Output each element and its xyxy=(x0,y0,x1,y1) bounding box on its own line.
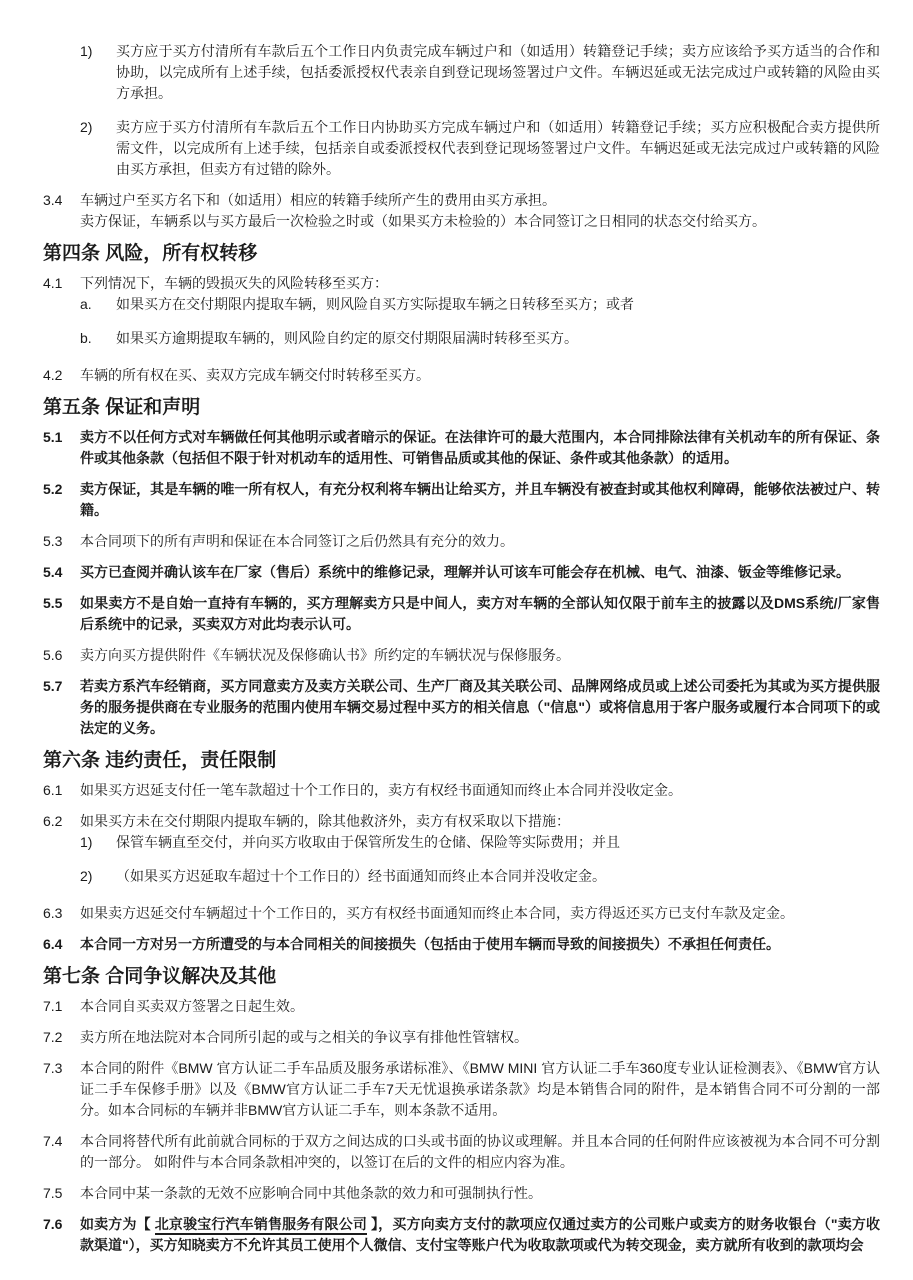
clause-5-2-text: 卖方保证，其是车辆的唯一所有权人，有充分权利将车辆出让给买方，并且车辆没有被查封… xyxy=(80,479,880,521)
clause-6-2: 6.2如果买方未在交付期限内提取车辆的，除其他救济外，卖方有权采取以下措施： xyxy=(43,811,880,832)
transfer-item-1: 1)买方应于买方付清所有车款后五个工作日内负责完成车辆过户和（如适用）转籍登记手… xyxy=(80,41,880,104)
clause-5-4: 5.4买方已查阅并确认该车在厂家（售后）系统中的维修记录，理解并认可该车可能会存… xyxy=(43,562,880,583)
clause-6-2-2: 2)（如果买方迟延取车超过十个工作日的）经书面通知而终止本合同并没收定金。 xyxy=(80,866,880,887)
clause-5-5: 5.5如果卖方不是自始一直持有车辆的，买方理解卖方只是中间人，卖方对车辆的全部认… xyxy=(43,593,880,635)
clause-7-2-marker: 7.2 xyxy=(43,1027,80,1048)
clause-6-2-marker: 6.2 xyxy=(43,811,80,832)
clause-4-1-b-marker: b. xyxy=(80,328,116,349)
clause-7-4-text: 本合同将替代所有此前就合同标的于双方之间达成的口头或书面的协议或理解。并且本合同… xyxy=(80,1131,880,1173)
clause-5-6: 5.6卖方向买方提供附件《车辆状况及保修确认书》所约定的车辆状况与保修服务。 xyxy=(43,645,880,666)
clause-4-1-a: a.如果买方在交付期限内提取车辆，则风险自买方实际提取车辆之日转移至买方；或者 xyxy=(80,294,880,315)
clause-5-1: 5.1卖方不以任何方式对车辆做任何其他明示或者暗示的保证。在法律许可的最大范围内… xyxy=(43,427,880,469)
article-4-heading: 第四条 风险，所有权转移 xyxy=(43,241,880,266)
clause-4-2-marker: 4.2 xyxy=(43,365,80,386)
seller-company-name: 北京骏宝行汽车销售服务有限公司 xyxy=(155,1216,367,1235)
clause-4-1-a-marker: a. xyxy=(80,294,116,315)
clause-3-4-cont-marker xyxy=(43,211,80,232)
clause-7-3-text: 本合同的附件《BMW 官方认证二手车品质及服务承诺标准》、《BMW MINI 官… xyxy=(80,1058,880,1121)
transfer-item-2: 2)卖方应于买方付清所有车款后五个工作日内协助买方完成车辆过户和（如适用）转籍登… xyxy=(80,117,880,180)
transfer-item-2-marker: 2) xyxy=(80,117,116,180)
clause-6-4-text: 本合同一方对另一方所遭受的与本合同相关的间接损失（包括由于使用车辆而导致的间接损… xyxy=(80,934,880,955)
clause-7-3-marker: 7.3 xyxy=(43,1058,80,1121)
clause-3-4-cont-text: 卖方保证，车辆系以与买方最后一次检验之时或（如果买方未检验的）本合同签订之日相同… xyxy=(80,211,880,232)
clause-6-4-marker: 6.4 xyxy=(43,934,80,955)
clause-7-5: 7.5本合同中某一条款的无效不应影响合同中其他条款的效力和可强制执行性。 xyxy=(43,1183,880,1204)
clause-4-1-text: 下列情况下，车辆的毁损灭失的风险转移至买方： xyxy=(80,273,880,294)
clause-7-5-text: 本合同中某一条款的无效不应影响合同中其他条款的效力和可强制执行性。 xyxy=(80,1183,880,1204)
transfer-item-1-marker: 1) xyxy=(80,41,116,104)
clause-3-4-cont: 卖方保证，车辆系以与买方最后一次检验之时或（如果买方未检验的）本合同签订之日相同… xyxy=(43,211,880,232)
clause-7-6-text: 如卖方为【 北京骏宝行汽车销售服务有限公司 】，买方向卖方支付的款项应仅通过卖方… xyxy=(80,1214,880,1256)
clause-6-3-text: 如果卖方迟延交付车辆超过十个工作日的，买方有权经书面通知而终止本合同，卖方得返还… xyxy=(80,903,880,924)
clause-5-3-text: 本合同项下的所有声明和保证在本合同签订之后仍然具有充分的效力。 xyxy=(80,531,880,552)
clause-3-4: 3.4车辆过户至买方名下和（如适用）相应的转籍手续所产生的费用由买方承担。 xyxy=(43,190,880,211)
clause-7-4-marker: 7.4 xyxy=(43,1131,80,1173)
clause-7-6-segment-0: 如卖方为【 xyxy=(80,1216,155,1232)
contract-document: 1)买方应于买方付清所有车款后五个工作日内负责完成车辆过户和（如适用）转籍登记手… xyxy=(0,0,913,1256)
clause-7-4: 7.4本合同将替代所有此前就合同标的于双方之间达成的口头或书面的协议或理解。并且… xyxy=(43,1131,880,1173)
article-6-heading: 第六条 违约责任，责任限制 xyxy=(43,748,880,773)
clause-5-3-marker: 5.3 xyxy=(43,531,80,552)
clause-4-1-marker: 4.1 xyxy=(43,273,80,294)
clause-6-3: 6.3如果卖方迟延交付车辆超过十个工作日的，买方有权经书面通知而终止本合同，卖方… xyxy=(43,903,880,924)
clause-5-2: 5.2卖方保证，其是车辆的唯一所有权人，有充分权利将车辆出让给买方，并且车辆没有… xyxy=(43,479,880,521)
clause-7-1: 7.1本合同自买卖双方签署之日起生效。 xyxy=(43,996,880,1017)
clause-4-1: 4.1下列情况下，车辆的毁损灭失的风险转移至买方： xyxy=(43,273,880,294)
transfer-item-1-text: 买方应于买方付清所有车款后五个工作日内负责完成车辆过户和（如适用）转籍登记手续；… xyxy=(116,41,880,104)
clause-5-3: 5.3本合同项下的所有声明和保证在本合同签订之后仍然具有充分的效力。 xyxy=(43,531,880,552)
clause-3-4-text: 车辆过户至买方名下和（如适用）相应的转籍手续所产生的费用由买方承担。 xyxy=(80,190,880,211)
clause-4-1-b: b.如果买方逾期提取车辆的，则风险自约定的原交付期限届满时转移至买方。 xyxy=(80,328,880,349)
clause-4-1-a-text: 如果买方在交付期限内提取车辆，则风险自买方实际提取车辆之日转移至买方；或者 xyxy=(116,294,880,315)
clause-5-6-text: 卖方向买方提供附件《车辆状况及保修确认书》所约定的车辆状况与保修服务。 xyxy=(80,645,880,666)
article-5-heading: 第五条 保证和声明 xyxy=(43,395,880,420)
clause-6-2-2-marker: 2) xyxy=(80,866,116,887)
clause-5-7-marker: 5.7 xyxy=(43,676,80,739)
clause-6-2-1-marker: 1) xyxy=(80,832,116,853)
clause-4-2: 4.2车辆的所有权在买、卖双方完成车辆交付时转移至买方。 xyxy=(43,365,880,386)
transfer-item-2-text: 卖方应于买方付清所有车款后五个工作日内协助买方完成车辆过户和（如适用）转籍登记手… xyxy=(116,117,880,180)
clause-5-2-marker: 5.2 xyxy=(43,479,80,521)
clause-6-2-2-text: （如果买方迟延取车超过十个工作日的）经书面通知而终止本合同并没收定金。 xyxy=(116,866,880,887)
clause-7-2-text: 卖方所在地法院对本合同所引起的或与之相关的争议享有排他性管辖权。 xyxy=(80,1027,880,1048)
clause-5-5-text: 如果卖方不是自始一直持有车辆的，买方理解卖方只是中间人，卖方对车辆的全部认知仅限… xyxy=(80,593,880,635)
clause-6-2-1-text: 保管车辆直至交付，并向买方收取由于保管所发生的仓储、保险等实际费用；并且 xyxy=(116,832,880,853)
clause-5-1-marker: 5.1 xyxy=(43,427,80,469)
clause-6-3-marker: 6.3 xyxy=(43,903,80,924)
clause-6-1-marker: 6.1 xyxy=(43,780,80,801)
clause-7-6-marker: 7.6 xyxy=(43,1214,80,1256)
clause-6-1-text: 如果买方迟延支付任一笔车款超过十个工作日的，卖方有权经书面通知而终止本合同并没收… xyxy=(80,780,880,801)
clause-7-3: 7.3本合同的附件《BMW 官方认证二手车品质及服务承诺标准》、《BMW MIN… xyxy=(43,1058,880,1121)
clause-7-1-marker: 7.1 xyxy=(43,996,80,1017)
clause-5-4-marker: 5.4 xyxy=(43,562,80,583)
clause-7-5-marker: 7.5 xyxy=(43,1183,80,1204)
clause-6-4: 6.4本合同一方对另一方所遭受的与本合同相关的间接损失（包括由于使用车辆而导致的… xyxy=(43,934,880,955)
clause-5-1-text: 卖方不以任何方式对车辆做任何其他明示或者暗示的保证。在法律许可的最大范围内，本合… xyxy=(80,427,880,469)
clause-5-5-marker: 5.5 xyxy=(43,593,80,635)
clause-6-2-1: 1)保管车辆直至交付，并向买方收取由于保管所发生的仓储、保险等实际费用；并且 xyxy=(80,832,880,853)
clause-6-2-text: 如果买方未在交付期限内提取车辆的，除其他救济外，卖方有权采取以下措施： xyxy=(80,811,880,832)
clause-7-6: 7.6如卖方为【 北京骏宝行汽车销售服务有限公司 】，买方向卖方支付的款项应仅通… xyxy=(43,1214,880,1256)
clause-6-1: 6.1如果买方迟延支付任一笔车款超过十个工作日的，卖方有权经书面通知而终止本合同… xyxy=(43,780,880,801)
clause-5-4-text: 买方已查阅并确认该车在厂家（售后）系统中的维修记录，理解并认可该车可能会存在机械… xyxy=(80,562,880,583)
clause-7-1-text: 本合同自买卖双方签署之日起生效。 xyxy=(80,996,880,1017)
clause-5-7-text: 若卖方系汽车经销商，买方同意卖方及卖方关联公司、生产厂商及其关联公司、品牌网络成… xyxy=(80,676,880,739)
clause-5-6-marker: 5.6 xyxy=(43,645,80,666)
clause-3-4-marker: 3.4 xyxy=(43,190,80,211)
clause-7-2: 7.2卖方所在地法院对本合同所引起的或与之相关的争议享有排他性管辖权。 xyxy=(43,1027,880,1048)
article-7-heading: 第七条 合同争议解决及其他 xyxy=(43,964,880,989)
clause-4-1-b-text: 如果买方逾期提取车辆的，则风险自约定的原交付期限届满时转移至买方。 xyxy=(116,328,880,349)
clause-4-2-text: 车辆的所有权在买、卖双方完成车辆交付时转移至买方。 xyxy=(80,365,880,386)
clause-5-7: 5.7若卖方系汽车经销商，买方同意卖方及卖方关联公司、生产厂商及其关联公司、品牌… xyxy=(43,676,880,739)
